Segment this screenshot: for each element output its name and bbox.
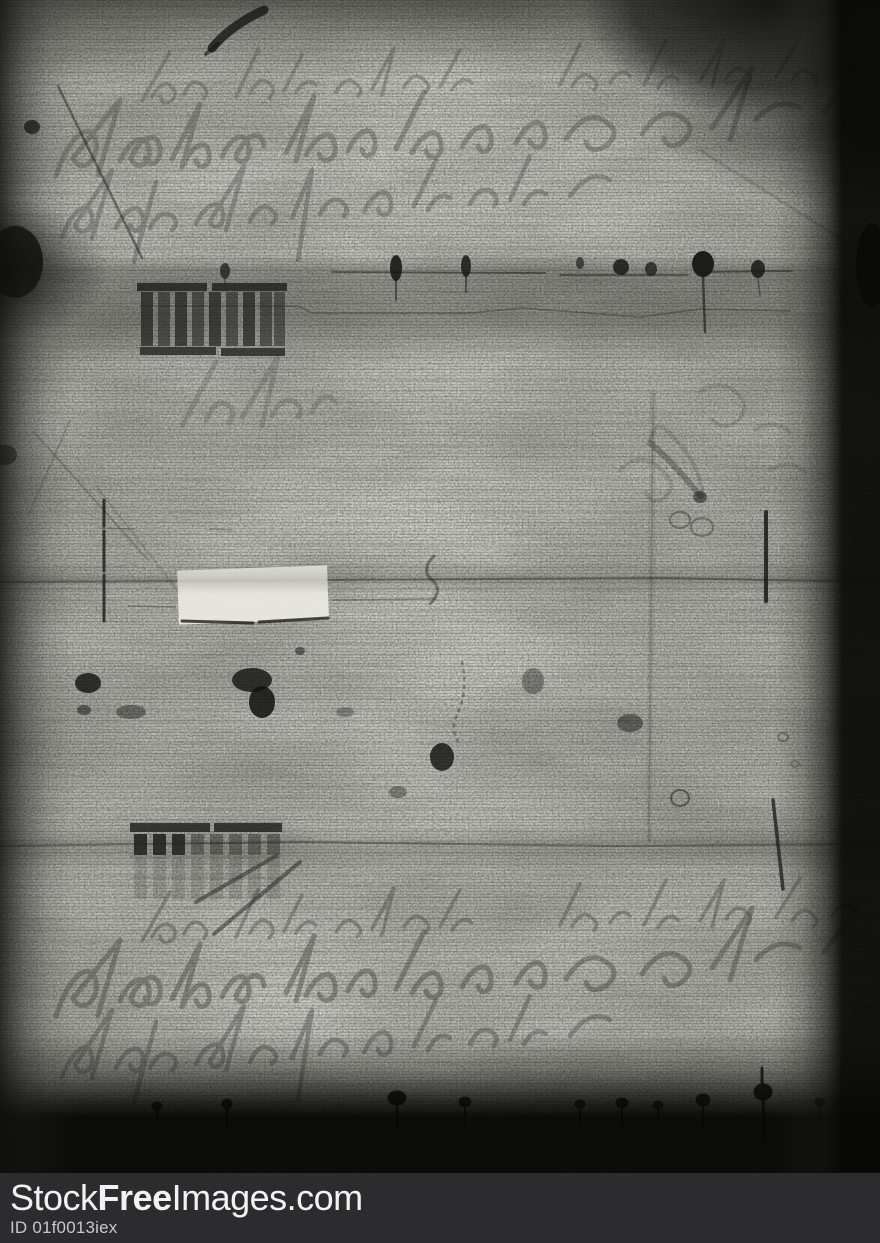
- stock-photo-page: StockFreeImages.com ID 01f0013iex: [0, 0, 880, 1243]
- stain-rings: [648, 442, 799, 806]
- barcode-grille-top: [137, 283, 287, 356]
- ink-blot-row: [220, 251, 765, 281]
- watermark-site-title: StockFreeImages.com: [10, 1179, 880, 1217]
- ink-blot-drips: [225, 271, 792, 332]
- watermark-image-id: ID 01f0013iex: [10, 1218, 880, 1238]
- grunge-paper-photo: [0, 0, 880, 1173]
- white-label-patch: [128, 565, 436, 624]
- handwriting-bottom: [56, 878, 858, 1102]
- handwriting-middle-echo: [182, 356, 334, 426]
- bottom-splatter: [152, 1068, 825, 1140]
- watermark-site-bold: Free: [98, 1177, 172, 1218]
- scratch-marks: [28, 10, 846, 742]
- ink-marks: [0, 0, 880, 1173]
- watermark-site-prefix: Stock: [10, 1177, 98, 1218]
- watermark-bar: StockFreeImages.com ID 01f0013iex: [0, 1173, 880, 1243]
- watermark-site-suffix: Images.com: [172, 1177, 363, 1218]
- handwriting-top: [56, 38, 858, 262]
- ink-stains: [0, 120, 880, 798]
